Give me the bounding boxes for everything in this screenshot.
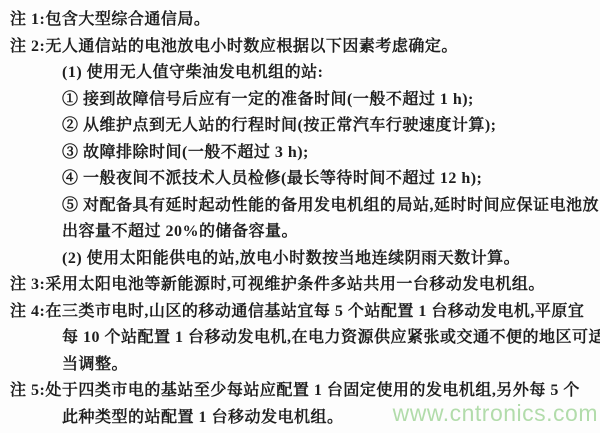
text-line: 当调整。 <box>0 352 600 379</box>
text-line: ② 从维护点到无人站的行程时间(按正常汽车行驶速度计算); <box>0 113 600 140</box>
document-lines: 注 1:包含大型综合通信局。注 2:无人通信站的电池放电小时数应根据以下因素考虑… <box>0 7 600 431</box>
text-line: 注 1:包含大型综合通信局。 <box>0 7 600 34</box>
text-line: 注 4:在三类市电时,山区的移动通信基站宜每 5 个站配置 1 台移动发电机,平… <box>0 299 600 326</box>
watermark-text: www.cntronics.com <box>393 400 598 427</box>
text-line: 出容量不超过 20%的储备容量。 <box>0 219 600 246</box>
text-line: ④ 一般夜间不派技术人员检修(最长等待时间不超过 12 h); <box>0 166 600 193</box>
text-line: ③ 故障排除时间(一般不超过 3 h); <box>0 140 600 167</box>
text-line: 注 3:采用太阳电池等新能源时,可视维护条件多站共用一台移动发电机组。 <box>0 272 600 299</box>
text-line: 每 10 个站配置 1 台移动发电机,在电力资源供应紧张或交通不便的地区可适 <box>0 325 600 352</box>
document-page: 注 1:包含大型综合通信局。注 2:无人通信站的电池放电小时数应根据以下因素考虑… <box>0 0 600 433</box>
text-line: (2) 使用太阳能供电的站,放电小时数按当地连续阴雨天数计算。 <box>0 246 600 273</box>
text-line: ① 接到故障信号后应有一定的准备时间(一般不超过 1 h); <box>0 87 600 114</box>
text-line: (1) 使用无人值守柴油发电机组的站: <box>0 60 600 87</box>
text-line: ⑤ 对配备具有延时起动性能的备用发电机组的局站,延时时间应保证电池放 <box>0 193 600 220</box>
text-line: 注 2:无人通信站的电池放电小时数应根据以下因素考虑确定。 <box>0 34 600 61</box>
